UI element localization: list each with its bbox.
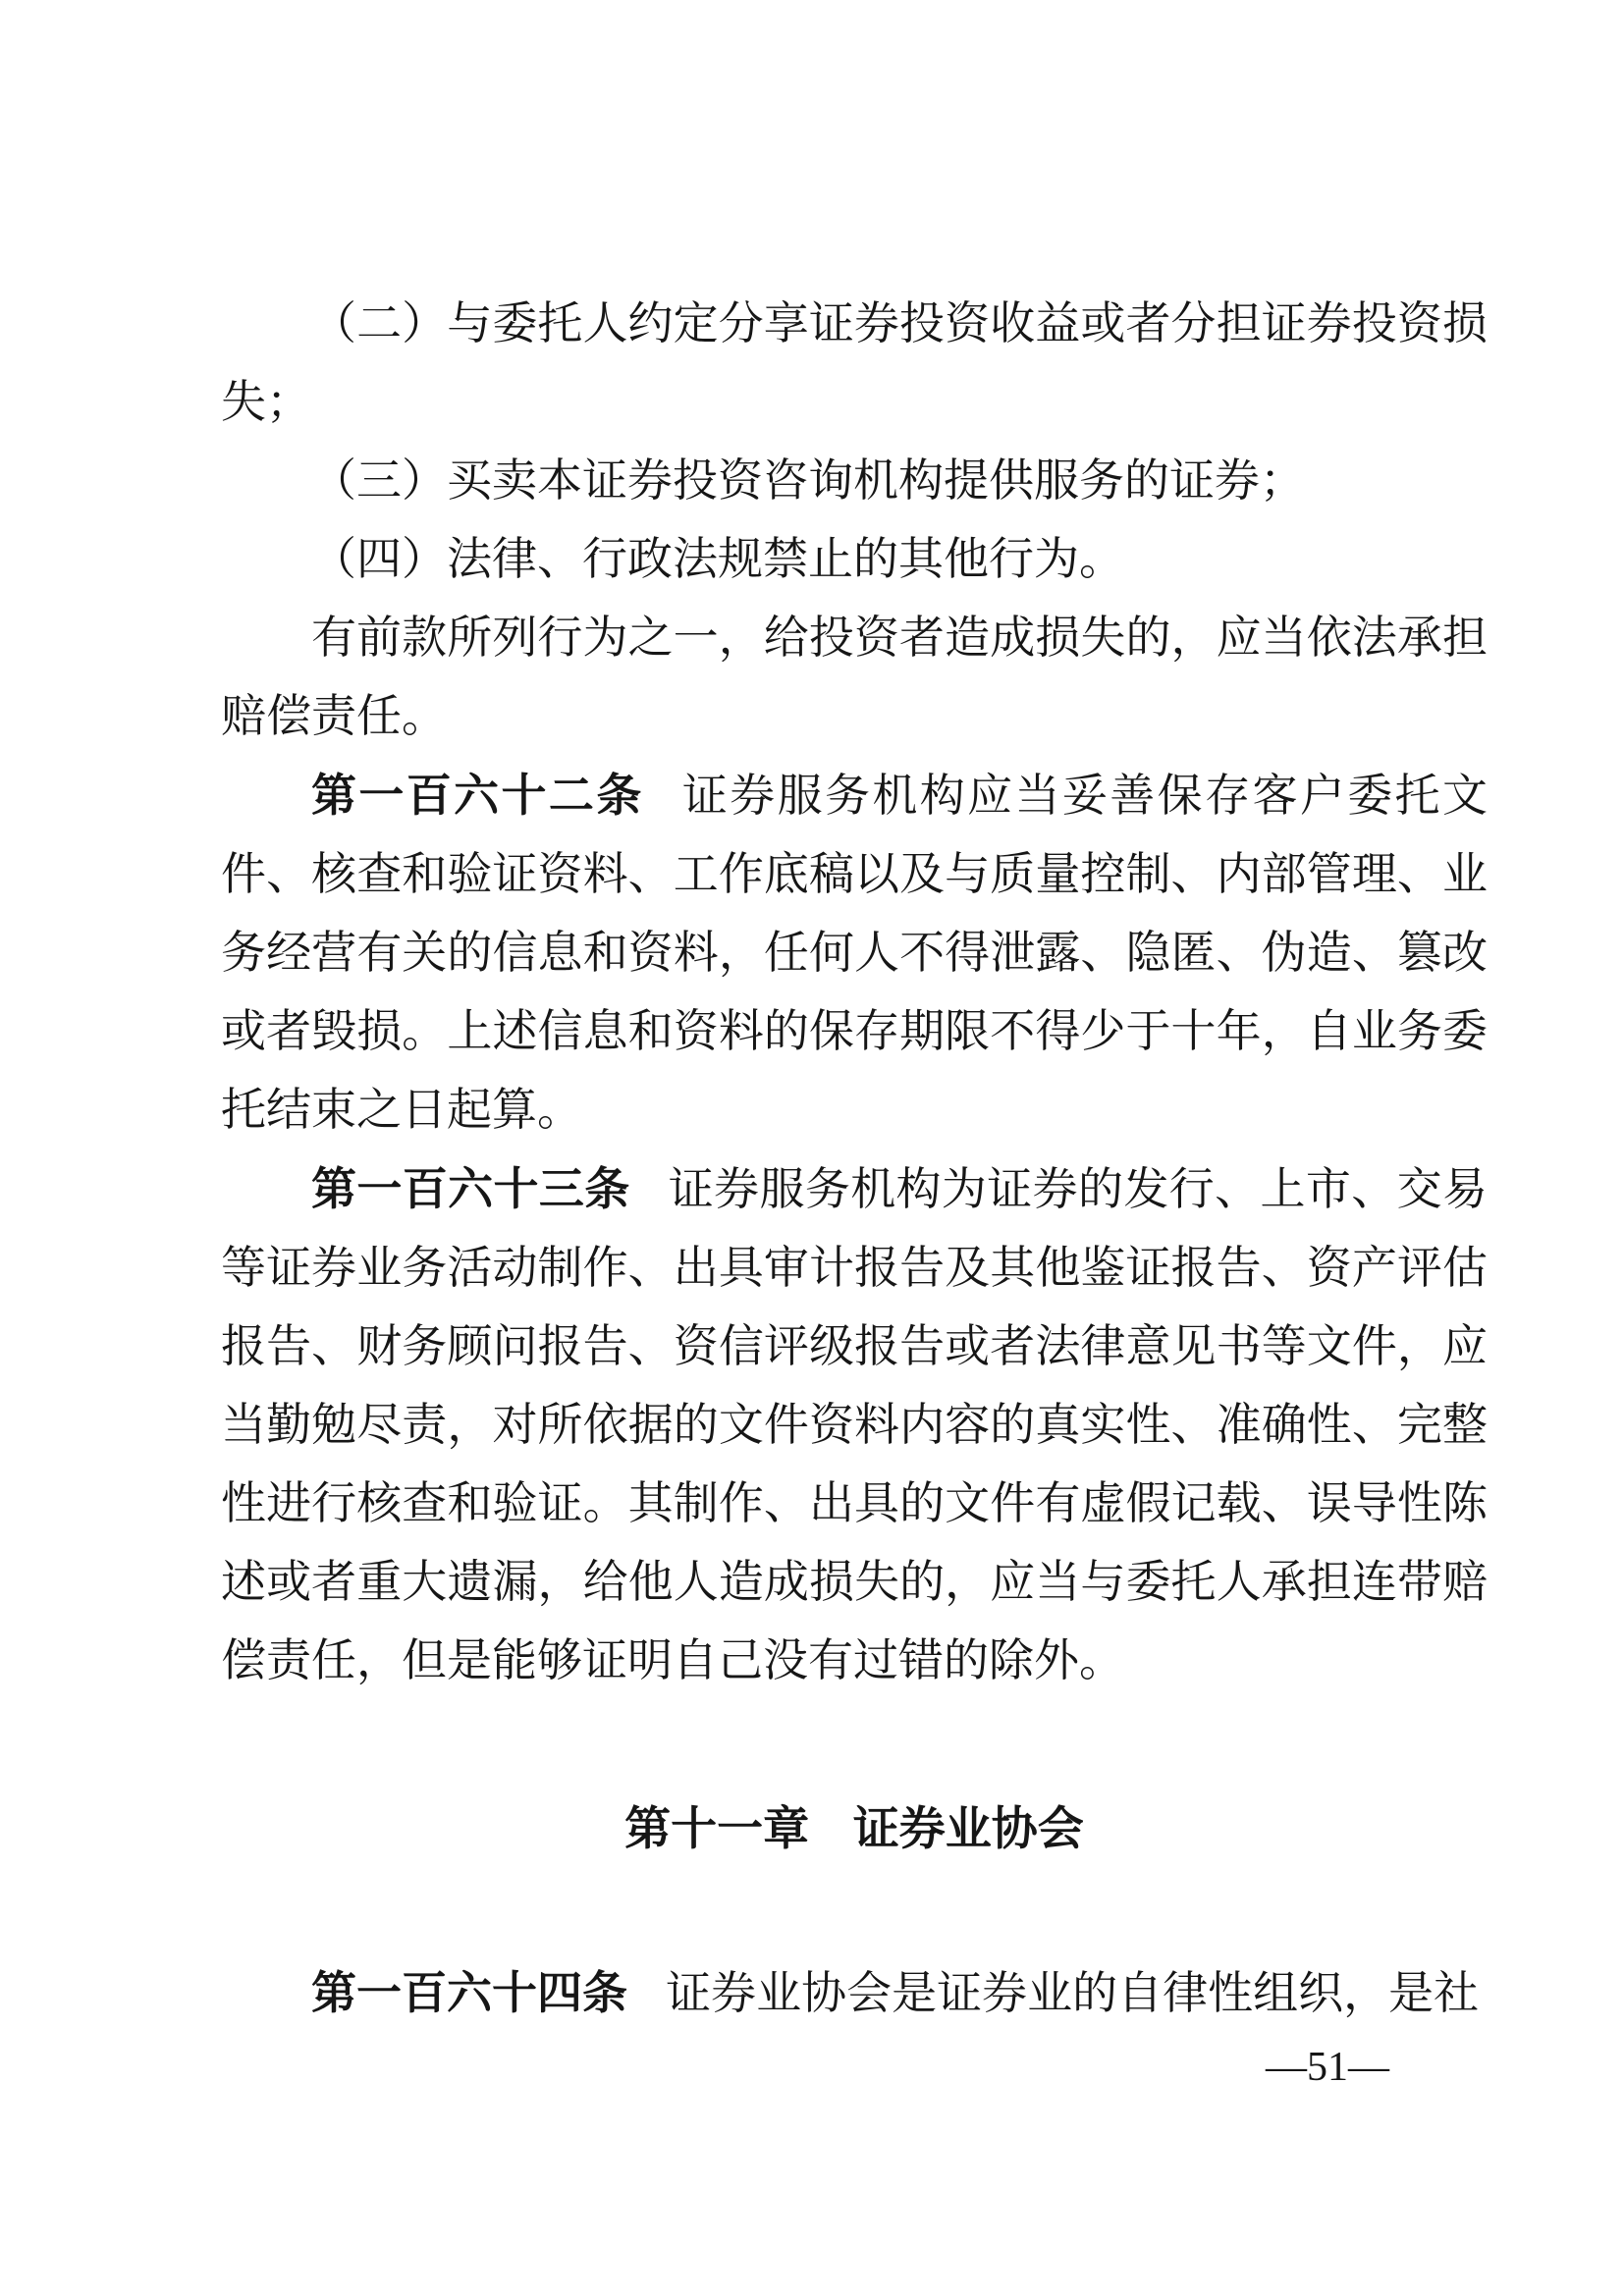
paragraph-liability: 有前款所列行为之一，给投资者造成损失的，应当依法承担赔偿责任。	[221, 599, 1488, 756]
list-item-3-text: （三）买卖本证券投资咨询机构提供服务的证券；	[311, 455, 1305, 506]
document-page: （二）与委托人约定分享证券投资收益或者分担证券投资损失； （三）买卖本证券投资咨…	[0, 0, 1624, 2296]
list-item-4-text: （四）法律、行政法规禁止的其他行为。	[311, 534, 1124, 584]
list-item-3: （三）买卖本证券投资咨询机构提供服务的证券；	[221, 442, 1488, 520]
article-164: 第一百六十四条证券业协会是证券业的自律性组织，是社	[221, 1953, 1488, 2033]
article-164-label: 第一百六十四条	[311, 1966, 627, 2019]
article-162-text: 证券服务机构应当妥善保存客户委托文件、核查和验证资料、工作底稿以及与质量控制、内…	[221, 771, 1488, 1135]
article-163-label: 第一百六十三条	[311, 1162, 630, 1215]
article-163: 第一百六十三条证券服务机构为证券的发行、上市、交易等证券业务活动制作、出具审计报…	[221, 1149, 1488, 1700]
article-162-label: 第一百六十二条	[311, 769, 644, 822]
article-164-text: 证券业协会是证券业的自律性组织，是社	[666, 1968, 1479, 2018]
paragraph-liability-text: 有前款所列行为之一，给投资者造成损失的，应当依法承担赔偿责任。	[221, 613, 1488, 741]
list-item-2-text: （二）与委托人约定分享证券投资收益或者分担证券投资损失；	[221, 298, 1488, 427]
page-number: —51—	[1229, 2044, 1426, 2091]
chapter-heading: 第十一章证券业协会	[221, 1790, 1488, 1869]
article-163-text: 证券服务机构为证券的发行、上市、交易等证券业务活动制作、出具审计报告及其他鉴证报…	[221, 1164, 1488, 1685]
chapter-heading-title: 证券业协会	[853, 1802, 1084, 1856]
page-text-column: （二）与委托人约定分享证券投资收益或者分担证券投资损失； （三）买卖本证券投资咨…	[221, 285, 1488, 2033]
list-item-2: （二）与委托人约定分享证券投资收益或者分担证券投资损失；	[221, 285, 1488, 442]
article-162: 第一百六十二条证券服务机构应当妥善保存客户委托文件、核查和验证资料、工作底稿以及…	[221, 756, 1488, 1149]
list-item-4: （四）法律、行政法规禁止的其他行为。	[221, 520, 1488, 599]
chapter-heading-number: 第十一章	[624, 1802, 809, 1856]
